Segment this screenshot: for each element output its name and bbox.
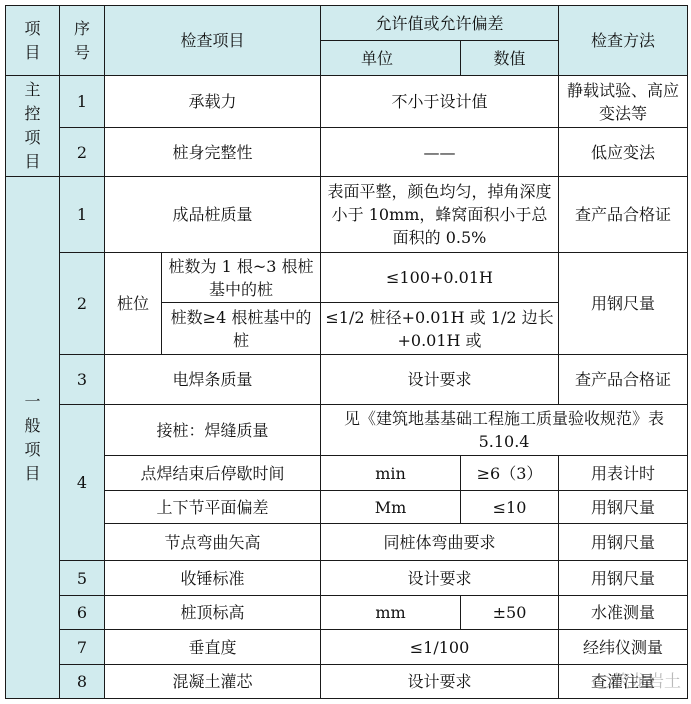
row-seq: 8 — [60, 665, 105, 699]
row-seq: 2 — [60, 128, 105, 177]
row-method: 水准测量 — [559, 596, 688, 630]
row-method: 用表计时 — [559, 456, 688, 491]
row-value: ≤10 — [461, 491, 559, 524]
row-item: 点焊结束后停歇时间 — [105, 456, 321, 491]
row-unit: Mm — [321, 491, 461, 524]
row-allowance: 同桩体弯曲要求 — [321, 524, 559, 561]
header-item: 检查项目 — [105, 6, 321, 76]
row-method: 用钢尺量 — [559, 253, 688, 355]
row-allowance: ≤1/100 — [321, 630, 559, 665]
row-method: 用钢尺量 — [559, 561, 688, 596]
row-item: 上下节平面偏差 — [105, 491, 321, 524]
row-seq: 3 — [60, 355, 105, 405]
row-item: 承载力 — [105, 76, 321, 128]
row-allowance: 表面平整，颜色均匀，掉角深度小于 10mm，蜂窝面积小于总面积的 0.5% — [321, 177, 559, 253]
row-allowance: ≤1/2 桩径+0.01H 或 1/2 边长+0.01H 或 — [321, 303, 559, 355]
row-item: 收锤标准 — [105, 561, 321, 596]
row-item: 电焊条质量 — [105, 355, 321, 405]
row-allowance: 不小于设计值 — [321, 76, 559, 128]
header-seq: 序号 — [60, 6, 105, 76]
row-item: 混凝土灌芯 — [105, 665, 321, 699]
row-item: 节点弯曲矢高 — [105, 524, 321, 561]
pile-inspection-table: 项目 序号 检查项目 允许值或允许偏差 检查方法 单位 数值 主控项目 1 承载… — [5, 5, 688, 699]
row-item: 成品桩质量 — [105, 177, 321, 253]
header-method: 检查方法 — [559, 6, 688, 76]
row-seq: 1 — [60, 76, 105, 128]
header-unit: 单位 — [321, 41, 461, 76]
row-allowance: 设计要求 — [321, 561, 559, 596]
row-method: 用钢尺量 — [559, 524, 688, 561]
row-item: 桩顶标高 — [105, 596, 321, 630]
row-allowance: 设计要求 — [321, 355, 559, 405]
row-item: 桩位 — [105, 253, 162, 355]
row-item: 垂直度 — [105, 630, 321, 665]
row-item: 接桩：焊缝质量 — [105, 405, 321, 456]
row-unit: mm — [321, 596, 461, 630]
row-seq: 1 — [60, 177, 105, 253]
row-allowance: 见《建筑地基基础工程施工质量验收规范》表 5.10.4 — [321, 405, 688, 456]
row-value: ±50 — [461, 596, 559, 630]
row-allowance: —— — [321, 128, 559, 177]
group-general: 一般项目 — [6, 177, 60, 699]
row-seq: 5 — [60, 561, 105, 596]
row-seq: 7 — [60, 630, 105, 665]
header-value: 数值 — [461, 41, 559, 76]
row-subitem: 桩数为 1 根~3 根桩基中的桩 — [162, 253, 321, 303]
header-allowance: 允许值或允许偏差 — [321, 6, 559, 41]
row-unit: min — [321, 456, 461, 491]
row-method: 静载试验、高应变法等 — [559, 76, 688, 128]
row-allowance: 设计要求 — [321, 665, 559, 699]
group-main-control: 主控项目 — [6, 76, 60, 177]
row-method: 查产品合格证 — [559, 355, 688, 405]
row-item: 桩身完整性 — [105, 128, 321, 177]
row-value: ≥6（3） — [461, 456, 559, 491]
row-seq: 2 — [60, 253, 105, 355]
row-allowance: ≤100+0.01H — [321, 253, 559, 303]
row-method: 用钢尺量 — [559, 491, 688, 524]
header-category: 项目 — [6, 6, 60, 76]
row-method: 查灌注量 — [559, 665, 688, 699]
row-subitem: 桩数≥4 根桩基中的桩 — [162, 303, 321, 355]
row-method: 经纬仪测量 — [559, 630, 688, 665]
row-method: 查产品合格证 — [559, 177, 688, 253]
row-seq: 4 — [60, 405, 105, 561]
row-seq: 6 — [60, 596, 105, 630]
row-method: 低应变法 — [559, 128, 688, 177]
